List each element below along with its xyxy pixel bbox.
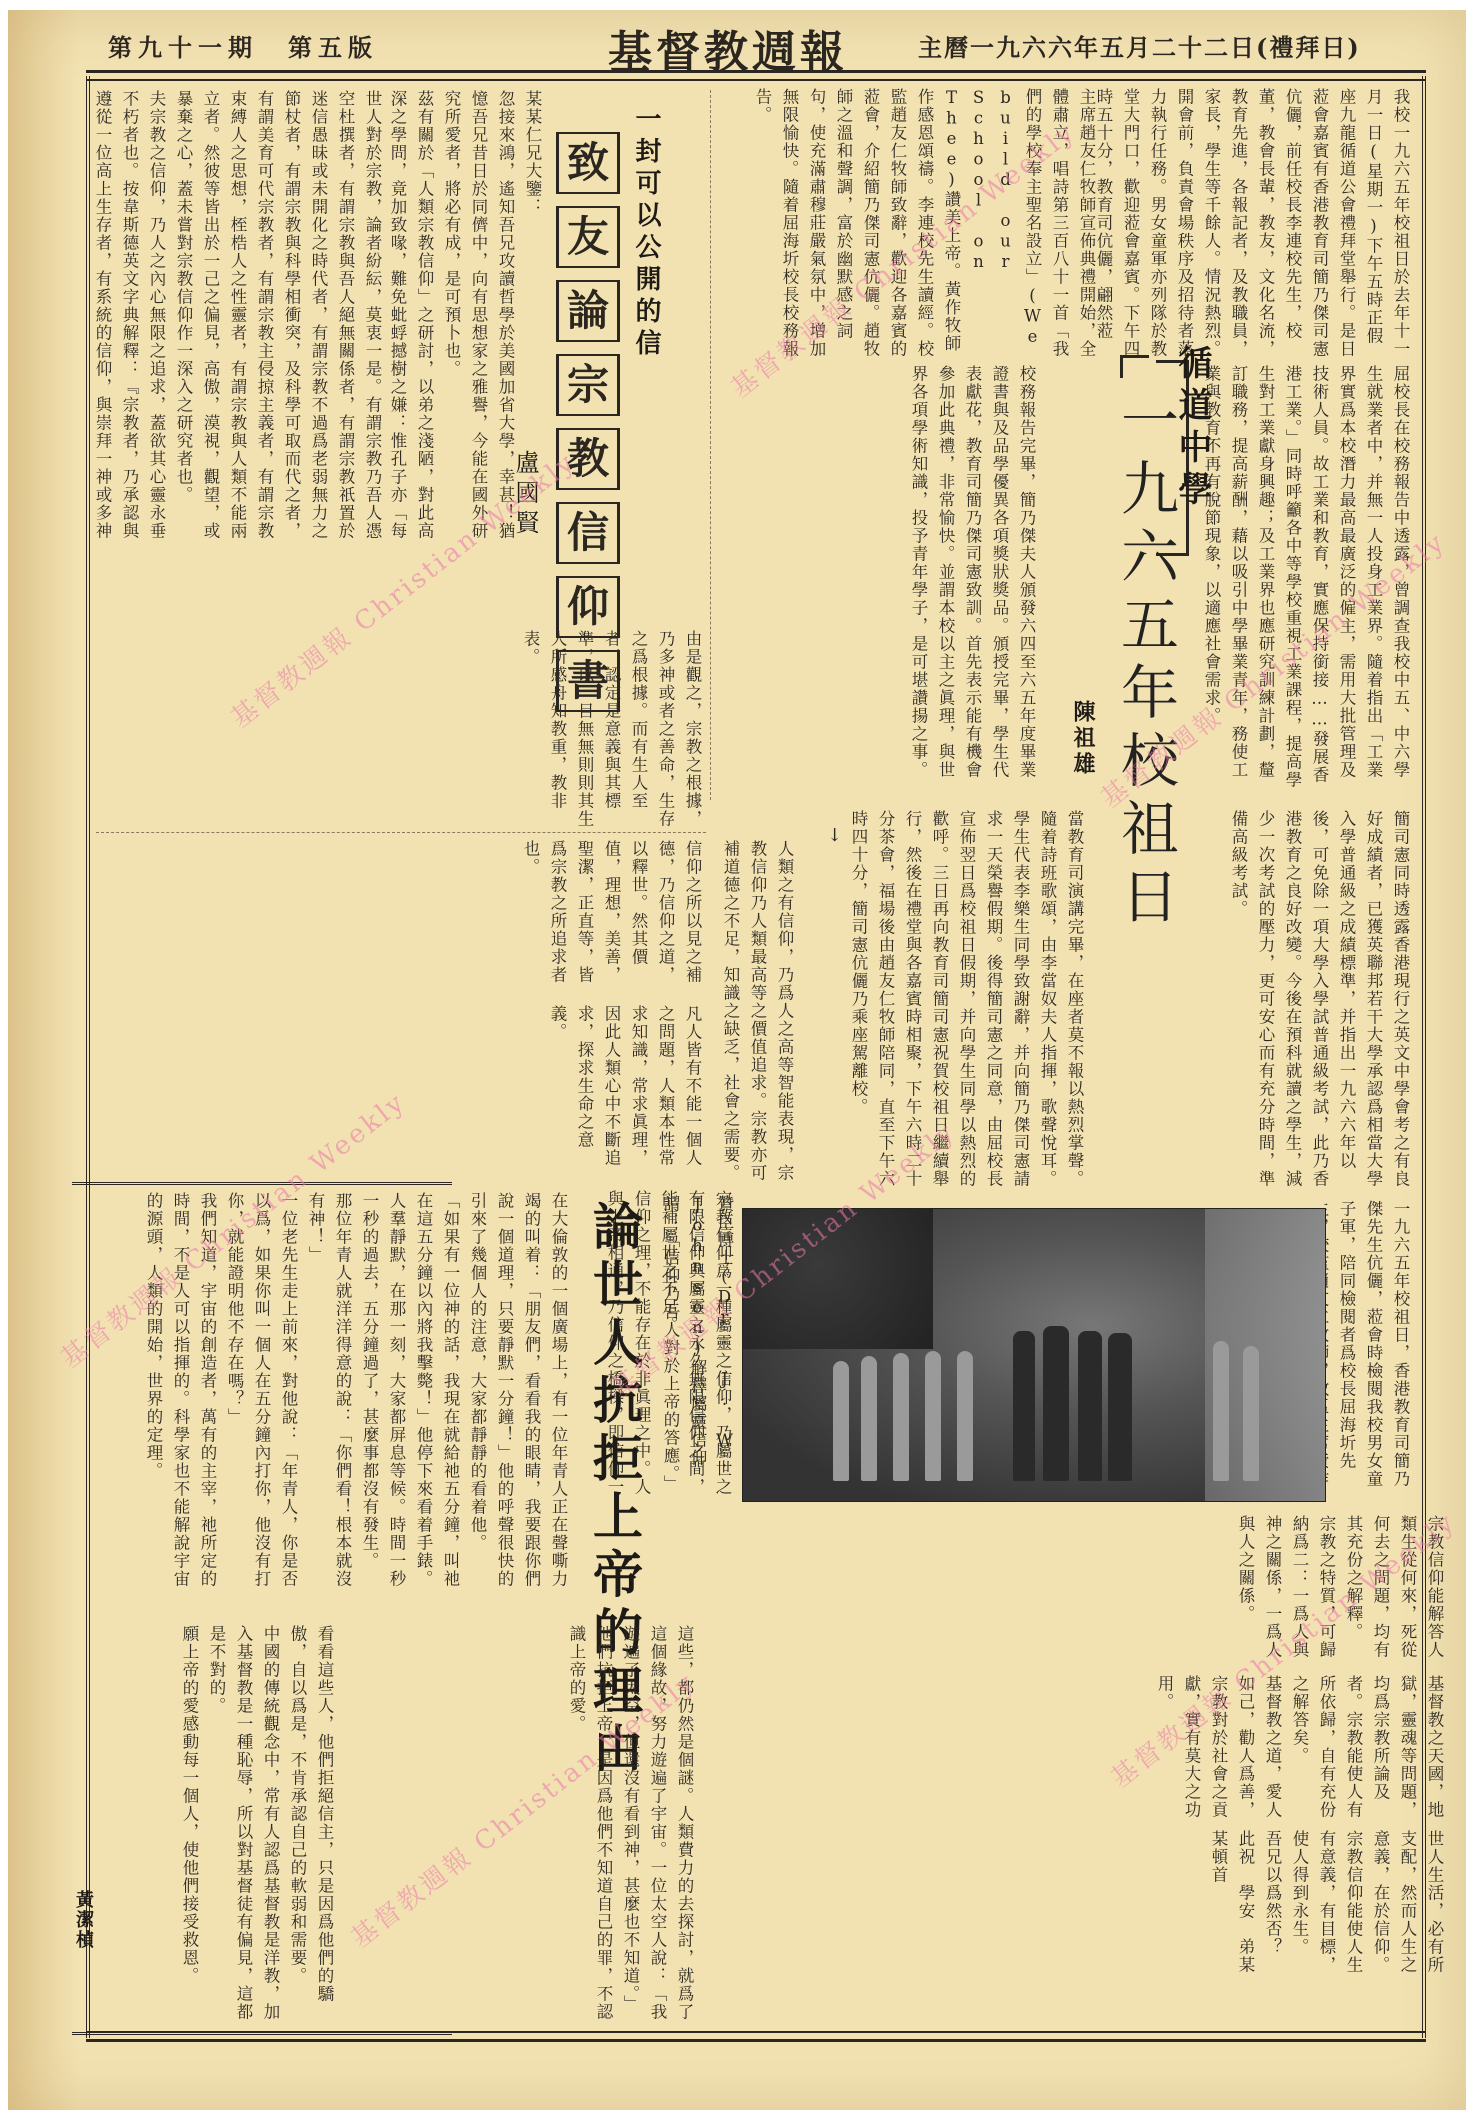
continued-paragraph: 吾兄以爲然否？ 此祝 學安 弟某某頓首 [1205,1830,1286,1980]
photo-scout-figure [833,1361,849,1481]
reasons-paragraph: 我們知道，宇宙的創造者，萬有的主宰，祂所定的時間，不是人可以指揮的。科學家也不能… [140,1192,221,1597]
reasons-paragraph: 他們抗拒上帝，是因爲他們不知道自己的罪，不認識上帝的愛。 [563,1625,617,2025]
continued-paragraph: 基督教之天國，地獄，靈魂等問題，均爲宗教所論及者。宗教能使人有所依歸，自有充份之… [1286,1675,1448,1825]
letter-block-3: 由是觀之，宗教之根據，乃多神或者之善命，生存之爲根據。而有生人至者，認定是意義與… [96,630,706,830]
photo-guest-figure [1013,1331,1035,1481]
photo-guest-figure [1078,1331,1102,1481]
letter-title-char: 致 [556,132,620,194]
continued-paragraph: 宗教之特質，可歸納爲二：一爲人與神之關係，一爲人與人之關係。 [1232,1515,1340,1670]
photo-scout-figure [1243,1346,1259,1481]
letter-continued-6: 世人生活，必有所支配，然而人生之意義，在於信仰。宗教信仰能使人生有意義，有目標，… [728,1830,1448,1980]
school-day-photo [742,1208,1326,1502]
continued-paragraph: 基督教之道，愛人如己，勸人爲善，宗教對於社會之貢獻，實有莫大之功用。 [1151,1675,1286,1825]
article-bottom-rule [72,2032,452,2035]
newspaper-page: 第九十一期 第五版 基督教週報 主曆一九六六年五月二十二日(禮拜日) 我校一九六… [8,10,1466,2110]
reasons-block-2: 這些，都仍然是個謎。人類費力的去探討，就爲了這個緣故，努力遊遍了宇宙。一位太空人… [338,1625,698,2025]
letter-continued-1: 人類之有信仰，乃爲人之高等智能表現，宗教信仰乃人類最高等之價值追求。宗教亦可補道… [608,840,798,1185]
masthead: 第九十一期 第五版 基督教週報 主曆一九六六年五月二十二日(禮拜日) [8,10,1466,70]
photo-caption-right: 一九六五年校祖日，香港教育司簡乃傑先生伉儷，蒞會時檢閱我校男女童子軍，陪同檢閱者… [1324,1200,1414,1500]
letter-paragraph: 茲有關於「人類宗教信仰」之研討，以弟之淺陋，對此高深之學問，竟加致喙，難免蚍蜉撼… [386,90,438,550]
reasons-paragraph: 看看這些人，他們拒絕信主，只是因爲他們的驕傲，自以爲是，不肯承認自己的軟弱和需要… [284,1625,338,2025]
photo-caption: 一九六五年校祖日，香港教育司簡乃傑先生伉儷，蒞會時檢閱我校男女童子軍，陪同檢閱者… [1324,1200,1414,1500]
reasons-paragraph: 中國的傳統觀念中，常有人認爲基督教是洋教，加入基督教是一種恥辱，所以對基督徒有偏… [203,1625,284,2025]
continued-paragraph: 人類之有信仰，乃爲人之高等智能表現，宗教信仰乃人類最高等之價值追求。宗教亦可補道… [717,840,798,1185]
school-paragraph: 屈校長在校務報告中透露，曾調查我校中五、中六學生就業者中，并無一人投身工業界。隨… [1198,365,1414,795]
letter-paragraph: 忽接來鴻，遙知吾兄攻讀哲學於美國加省大學，幸甚！猶憶吾兄昔日於同儕中，向有思想家… [438,90,519,550]
letter-title: 致 友 論 宗 教 信 仰 書 [556,132,620,712]
school-paragraph: 開會前，負責會場秩序及招待者落力執行任務。男女童軍亦列隊於教堂大門口，歡迎蒞會嘉… [1096,88,1198,360]
down-arrow-icon: ↓ [821,825,848,848]
photo-scout-figure [861,1356,877,1481]
letter-kicker: 一封可以公開的信 [628,105,665,361]
article-top-rule [72,1182,452,1185]
school-paragraph: 簡司憲同時透露香港現行之英文中學會考之有良好成績者，已獲英聯邦若干大學承認爲相當… [1225,810,1414,1190]
photo-guest-figure [1043,1326,1069,1481]
letter-continued-5: 基督教之天國，地獄，靈魂等問題，均爲宗教所論及者。宗教能使人有所依歸，自有充份之… [728,1675,1448,1825]
school-paragraph: 我校一九六五年校祖日於去年十一月一日(星期一)下午五時正假座九龍循道公會禮拜堂舉… [1198,88,1414,360]
school-paragraph: 校務報告完畢，簡乃傑夫人頒發六四至六五年度畢業證書與及品學優異各項獎狀獎品。頒授… [905,365,1040,795]
letter-title-char: 仰 [556,576,620,638]
photo-scout-figure [1213,1341,1229,1481]
school-article-block-4: 校務報告完畢，簡乃傑夫人頒發六四至六五年度畢業證書與及品學優異各項獎狀獎品。頒授… [720,365,1040,795]
continued-paragraph: 世人生活，必有所支配，然而人生之意義，在於信仰。宗教信仰能使人生有意義，有目標，… [1286,1830,1448,1980]
photo-scout-figure [893,1353,909,1481]
reasons-paragraph: 願上帝的愛感動每一個人，使他們接受救恩。 [176,1625,203,2025]
letter-continued-3: 贊臣博士(Dr. J. W. Johnson)解釋屬靈信仰謂：「信仰乃吾人對於上… [638,1195,738,1495]
issue-date: 主曆一九六六年五月二十二日(禮拜日) [918,28,1361,63]
continued-paragraph: 贊臣博士(Dr. J. W. Johnson)解釋屬靈信仰謂：「信仰乃吾人對於上… [657,1195,738,1495]
photo-scout-figure [957,1351,973,1481]
reasons-paragraph: 一位老先生走上前來，對他說：「年青人，你是否以爲，如果你叫一個人在五分鐘內打你，… [221,1192,302,1597]
page-issue-label: 第九十一期 第五版 [108,28,378,63]
continued-paragraph: 宗教信仰能解答人類生從何來，死從何去之問題，均有其充份之解釋。 [1340,1515,1448,1670]
school-article-block-3: 主席趙友仁牧師宣佈典禮開始，全體肅立，唱詩第三百八十一首「我們的學校奉主聖名設立… [720,88,1100,360]
reasons-byline: 黃潔楨 [70,1890,96,1950]
letter-salutation: 某某仁兄大鑒： [519,90,546,550]
letter-block-2: 世人對於宗教，論者紛紜，莫衷一是。有謂宗教乃吾人憑空杜撰者，有謂宗教與吾人絕無關… [96,90,386,550]
reasons-paragraph: 這些，都仍然是個謎。人類費力的去探討，就爲了這個緣故，努力遊遍了宇宙。一位太空人… [617,1625,698,2025]
photo-tree [743,1209,933,1349]
letter-continued-4: 宗教信仰能解答人類生從何來，死從何去之問題，均有其充份之解釋。 宗教之特質，可歸… [728,1515,1448,1670]
letter-paragraph: 世人對於宗教，論者紛紜，莫衷一是。有謂宗教乃吾人憑空杜撰者，有謂宗教與吾人絕無關… [170,90,386,550]
school-article-block-6: 當教育司演講完畢，在座者莫不報以熱烈掌聲。隨着詩班歌頌，由李當奴夫人指揮，歌聲悅… [848,810,1088,1190]
letter-block-1: 某某仁兄大鑒： 忽接來鴻，遙知吾兄攻讀哲學於美國加省大學，幸甚！猶憶吾兄昔日於同… [386,90,546,550]
reasons-paragraph: 在大倫敦的一個廣場上，有一位年青人正在聲嘶力竭的叫着：「朋友們，看看我的眼睛，我… [464,1192,572,1597]
school-paragraph: 當教育司演講完畢，在座者莫不報以熱烈掌聲。隨着詩班歌頌，由李當奴夫人指揮，歌聲悅… [848,810,1088,1190]
school-article-block-1: 我校一九六五年校祖日於去年十一月一日(星期一)下午五時正假座九龍循道公會禮拜堂舉… [1096,88,1414,360]
school-headline: 一九六五年校祖日 [1103,390,1187,950]
letter-title-char: 信 [556,502,620,564]
reasons-paragraph: 「如果有一位神的話，我現在就給祂五分鐘，叫祂在這五分鐘以內將我擊斃！」他停下來看… [356,1192,464,1597]
letter-paragraph: 夫宗教之信仰，乃人之內心無限之追求，蓋欲其心靈永垂不朽者也。按韋斯德英文字典解釋… [96,90,170,550]
reasons-block-3: 看看這些人，他們拒絕信主，只是因爲他們的驕傲，自以爲是，不肯承認自己的軟弱和需要… [92,1625,338,2025]
reasons-paragraph: 那位年青人就洋洋得意的說：「你們看！根本就沒有神！」 [302,1192,356,1597]
reasons-block-1: 在大倫敦的一個廣場上，有一位年青人正在聲嘶力竭的叫着：「朋友們，看看我的眼睛，我… [72,1192,572,1597]
row-divider [96,832,706,833]
letter-title-char: 宗 [556,354,620,416]
photo-scout-figure [925,1351,941,1481]
photo-caption-left: ↓ [798,825,848,1165]
letter-title-char: 友 [556,206,620,268]
school-byline: 陳祖雄 [1068,700,1099,778]
letter-paragraph: 由是觀之，宗教之根據，乃多神或者之善命，生存之爲根據。而有生人至者，認定是意義與… [517,630,706,830]
letter-title-char: 論 [556,280,620,342]
photo-guest-figure [1108,1333,1132,1481]
headline-open-bracket [1120,355,1149,378]
column-divider [710,90,711,800]
letter-title-char: 教 [556,428,620,490]
school-paragraph: 主席趙友仁牧師宣佈典禮開始，全體肅立，唱詩第三百八十一首「我們的學校奉主聖名設立… [749,88,1100,360]
